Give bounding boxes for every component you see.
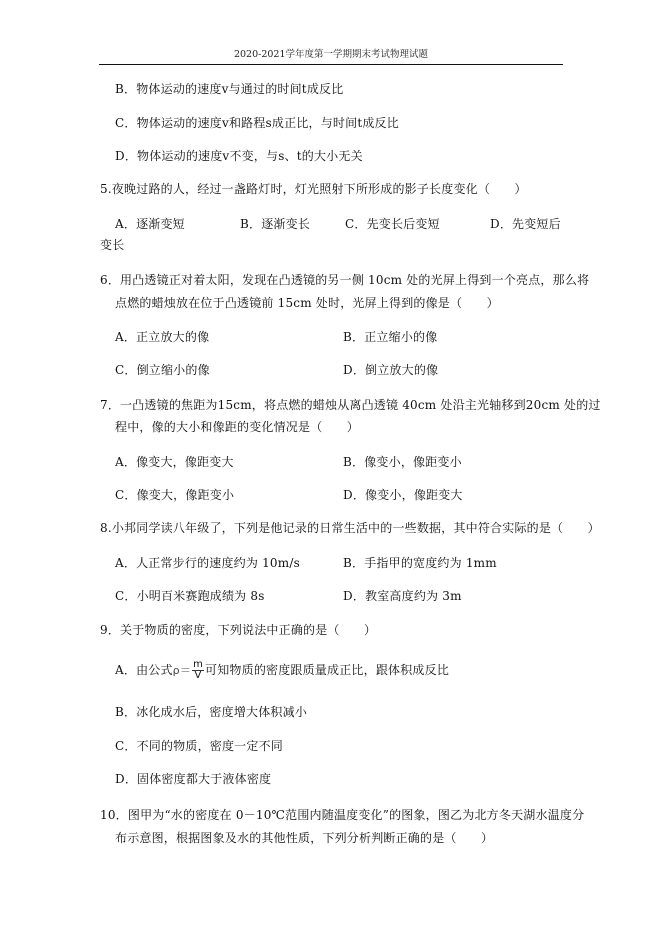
q8-option-d: D．教室高度约为 3m [343,588,462,604]
density-formula-lhs: ρ＝ [173,664,191,677]
q10-stem-line1: 10．图甲为“水的密度在 0－10℃范围内随温度变化”的图象，图乙为北方冬天湖水… [100,807,584,823]
q9-option-a-suffix: 可知物质的密度跟质量成正比，跟体积成反比 [205,663,449,677]
q9-option-c: C．不同的物质，密度一定不同 [115,738,283,754]
q9-option-d: D．固体密度都大于液体密度 [115,771,271,787]
q6-stem-line1: 6．用凸透镜正对着太阳，发现在凸透镜的另一侧 10cm 处的光屏上得到一个亮点，… [100,272,589,288]
q9-stem: 9．关于物质的密度，下列说法中正确的是（ ） [100,622,376,638]
q5-option-d: D．先变短后 [490,216,561,232]
q9-option-b: B．冰化成水后，密度增大体积减小 [115,704,307,720]
q7-option-b: B．像变小，像距变小 [343,454,462,470]
q7-option-a: A．像变大，像距变大 [115,454,234,470]
q8-option-a: A．人正常步行的速度约为 10m/s [115,555,300,571]
q6-option-b: B．正立缩小的像 [343,329,437,345]
q4-option-c: C．物体运动的速度v和路程s成正比，与时间t成反比 [115,115,399,131]
q6-option-a: A．正立放大的像 [115,329,209,345]
q5-option-c: C．先变长后变短 [345,216,440,232]
q5-option-b: B．逐渐变长 [240,216,310,232]
q7-option-d: D．像变小，像距变大 [343,487,463,503]
q6-stem-line2: 点燃的蜡烛放在位于凸透镜前 15cm 处时，光屏上得到的像是（ ） [115,295,499,311]
header-rule [99,64,563,65]
q8-stem: 8.小邦同学读八年级了，下列是他记录的日常生活中的一些数据，其中符合实际的是（ … [100,520,600,536]
formula-denominator: V [192,671,204,681]
q7-stem-line1: 7．一凸透镜的焦距为15cm，将点燃的蜡烛从离凸透镜 40cm 处沿主光轴移到2… [100,397,601,413]
q4-option-d: D．物体运动的速度v不变，与s、t的大小无关 [115,148,363,164]
q10-stem-line2: 布示意图，根据图象及水的其他性质，下列分析判断正确的是（ ） [115,830,493,846]
q5-option-a: A．逐渐变短 [115,216,185,232]
q8-option-c: C．小明百米赛跑成绩为 8s [115,588,265,604]
q5-stem: 5.夜晚过路的人，经过一盏路灯时，灯光照射下所形成的影子长度变化（ ） [100,181,527,197]
q9-option-a-prefix: A．由公式 [115,663,173,677]
q8-option-b: B．手指甲的宽度约为 1mm [343,555,497,571]
q4-option-b: B．物体运动的速度v与通过的时间t成反比 [115,81,343,97]
q5-option-d-wrap: 变长 [100,237,124,253]
density-formula-fraction: mV [192,660,204,681]
q7-stem-line2: 程中，像的大小和像距的变化情况是（ ） [115,419,359,435]
q7-option-c: C．像变大，像距变小 [115,487,234,503]
q9-option-a: A．由公式ρ＝mV可知物质的密度跟质量成正比，跟体积成反比 [115,660,449,681]
q6-option-d: D．倒立放大的像 [343,362,438,378]
page-header: 2020-2021学年度第一学期期末考试物理试题 [99,48,563,62]
q6-option-c: C．倒立缩小的像 [115,362,210,378]
